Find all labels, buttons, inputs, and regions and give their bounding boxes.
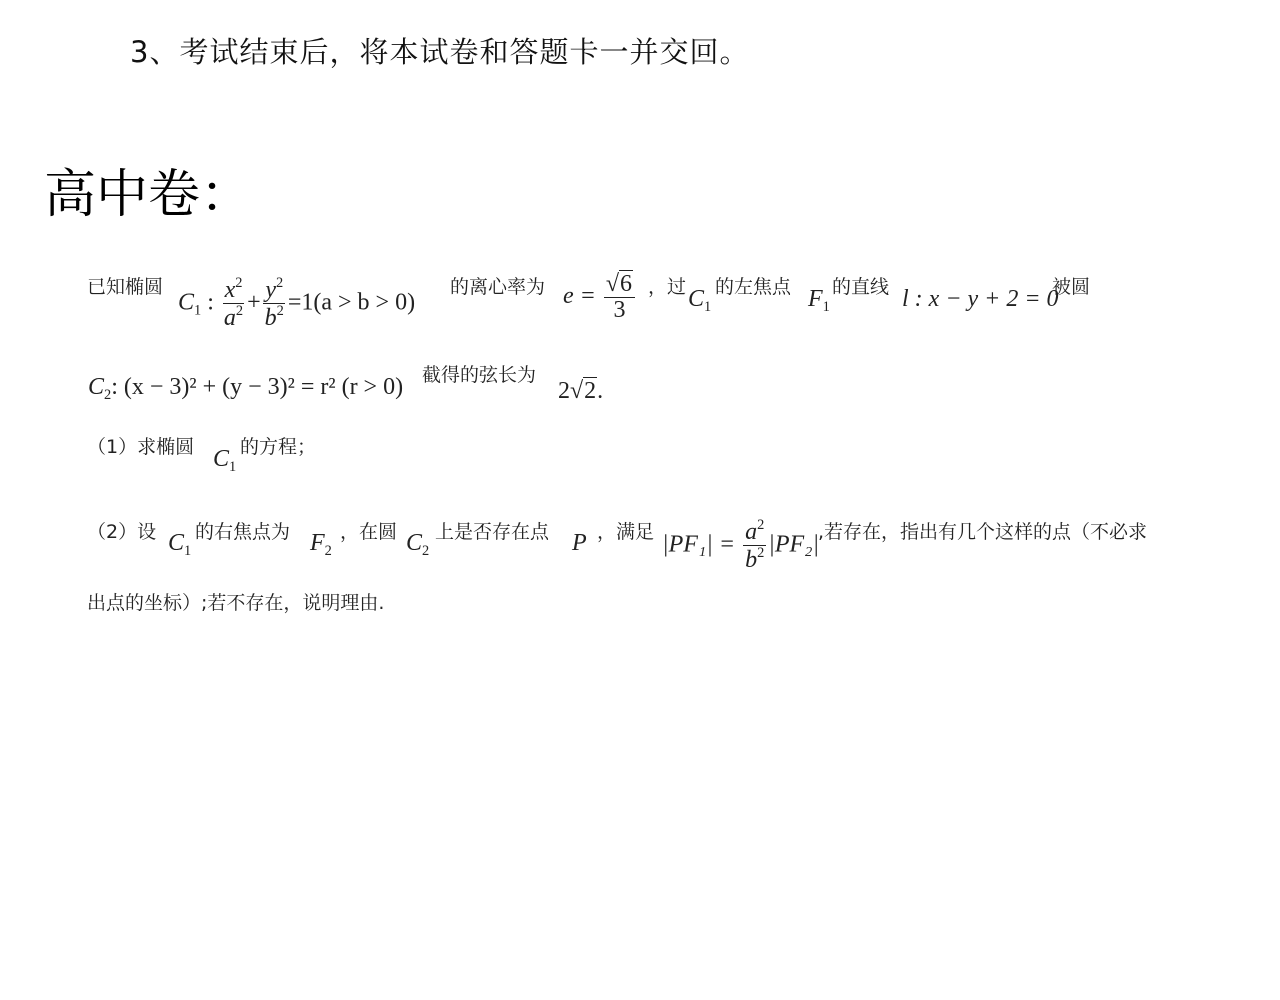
y-fraction: y2b2 [263, 276, 286, 332]
ellipse-subscript: 1 [194, 302, 201, 318]
ellipse-rhs: =1(a > b > 0) [288, 289, 415, 315]
text-on-circle: ，在圆 [340, 517, 397, 544]
section-heading: 高中卷： [44, 152, 252, 227]
text-given-ellipse: 已知椭圆 [87, 272, 163, 299]
p-symbol: P [572, 530, 587, 557]
text-if-exists: ,若存在，指出有几个这样的点（不必求 [818, 517, 1147, 544]
exam-instruction: 3、考试结束后，将本试卷和答题卡一并交回。 [130, 30, 749, 71]
eccentricity-value: e = √63 [563, 272, 637, 323]
text-line: 的直线 [832, 272, 889, 299]
chord-length-value: 2√2. [558, 378, 603, 405]
text-through: ，过 [648, 272, 686, 299]
text-eccentricity: 的离心率为 [450, 272, 545, 299]
part1-text: 的方程； [240, 432, 316, 459]
x-fraction: x2a2 [222, 276, 245, 332]
c2-symbol: C2 [406, 530, 429, 560]
text-chord-length: 截得的弦长为 [422, 360, 536, 387]
c1-symbol: C1 [168, 530, 191, 560]
condition-equation: |PF₁| = a2b2|PF₂| [662, 518, 819, 574]
c1-symbol: C1 [688, 286, 711, 316]
f1-symbol: F1 [808, 286, 830, 316]
c1-symbol: C1 [213, 446, 236, 476]
part1-label: （1）求椭圆 [87, 432, 194, 459]
text-satisfy: ，满足 [597, 517, 654, 544]
ellipse-symbol: C [178, 289, 194, 315]
text-by-circle: 被圆 [1052, 272, 1090, 299]
text-left-focus: 的左焦点 [715, 272, 791, 299]
line-equation: l : x − y + 2 = 0 [902, 286, 1059, 313]
f2-symbol: F2 [310, 530, 332, 560]
text-if-not-exists: 出点的坐标）;若不存在，说明理由. [87, 588, 384, 615]
part2-label: （2）设 [87, 517, 156, 544]
ellipse-equation: C1 : x2a2+y2b2=1(a > b > 0) [178, 276, 415, 332]
text-right-focus: 的右焦点为 [195, 517, 290, 544]
text-exists-point: 上是否存在点 [435, 517, 549, 544]
circle-equation: C2: (x − 3)² + (y − 3)² = r² (r > 0) [88, 374, 403, 404]
